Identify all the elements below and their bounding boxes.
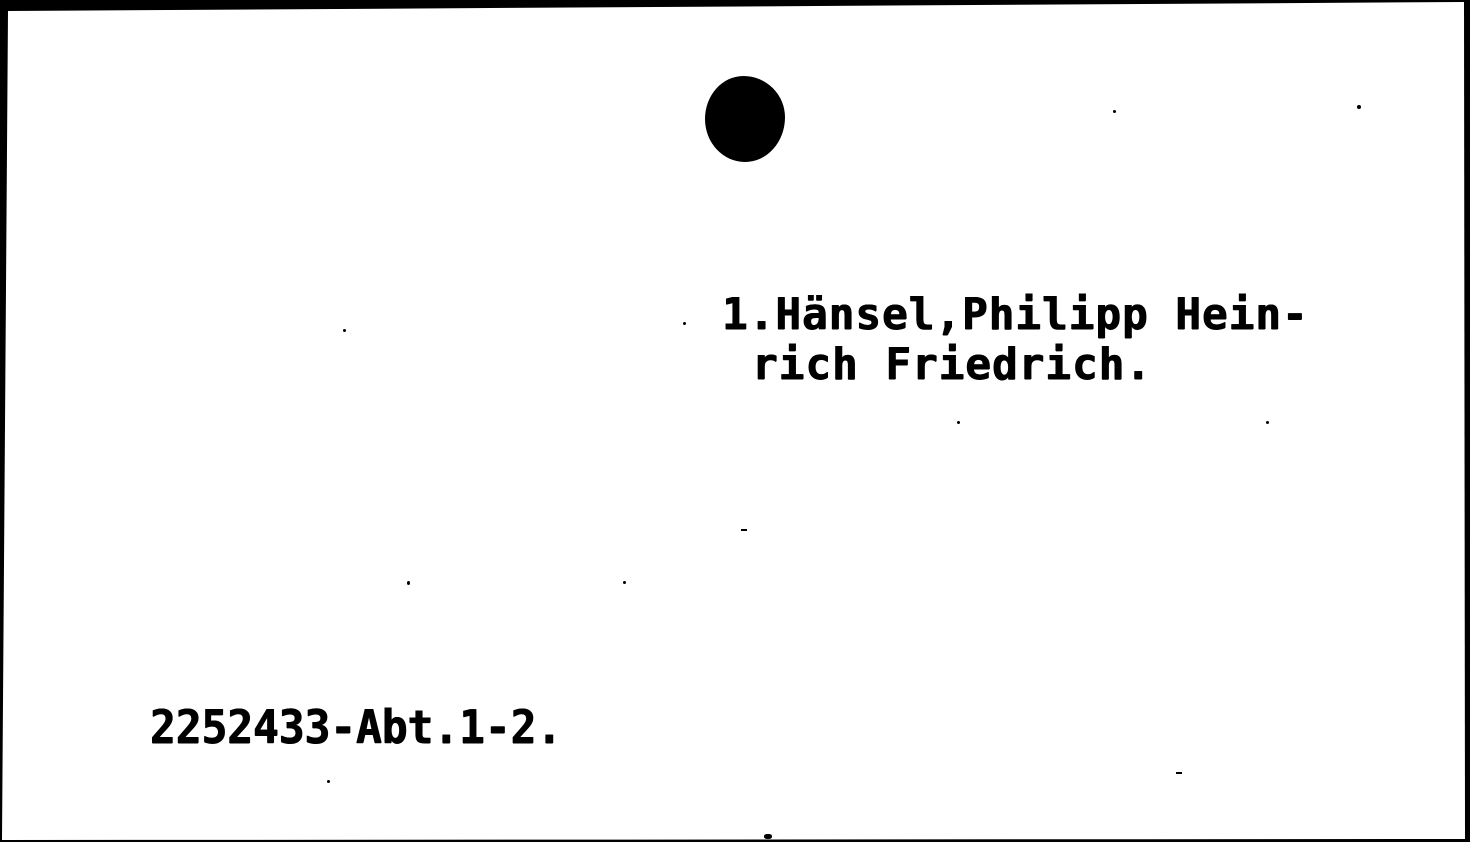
index-card: 1.Hänsel,Philipp Hein- rich Friedrich. 2… <box>0 0 1470 842</box>
name-entry-line-1: 1.Hänsel,Philipp Hein- <box>722 290 1309 340</box>
scan-speck <box>741 529 747 531</box>
scan-speck <box>343 329 346 332</box>
scan-speck <box>327 780 330 783</box>
scan-speck <box>764 834 772 839</box>
scan-speck <box>683 322 686 325</box>
scan-speck <box>1266 421 1269 424</box>
scan-speck <box>957 421 960 424</box>
punch-hole <box>705 76 785 162</box>
scan-speck <box>1357 105 1361 109</box>
name-entry-line-2: rich Friedrich. <box>752 340 1152 390</box>
scan-speck <box>623 581 626 584</box>
reference-number: 2252433-Abt.1-2. <box>150 700 562 754</box>
scan-speck <box>1113 110 1116 113</box>
scan-speck <box>407 581 410 585</box>
scan-speck <box>1176 772 1182 774</box>
